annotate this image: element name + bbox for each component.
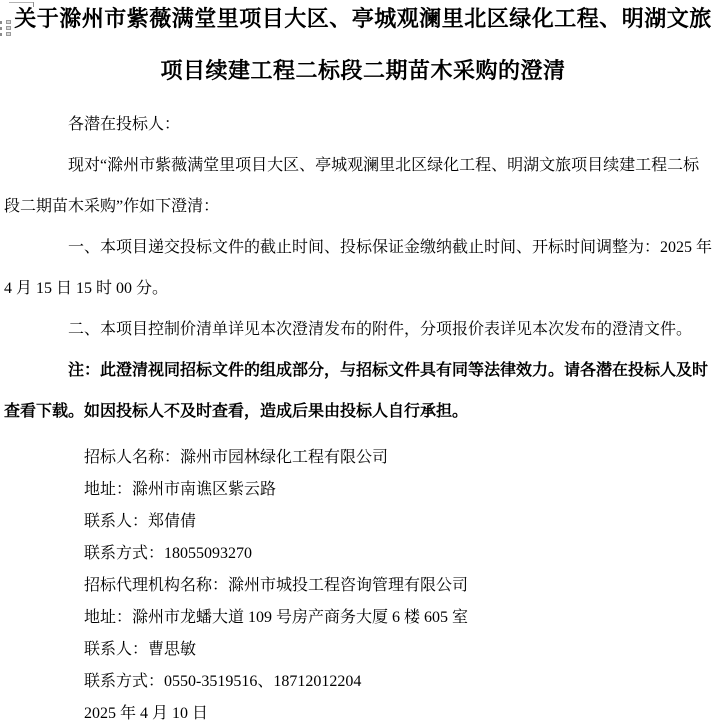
- document-title-line-2: 项目续建工程二标段二期苗木采购的澄清: [0, 45, 726, 97]
- document-page: 关于滁州市紫薇满堂里项目大区、亭城观澜里北区绿化工程、明湖文旅 项目续建工程二标…: [0, 0, 726, 723]
- document-title: 关于滁州市紫薇满堂里项目大区、亭城观澜里北区绿化工程、明湖文旅 项目续建工程二标…: [0, 0, 726, 97]
- tenderer-name-line: 招标人名称：滁州市园林绿化工程有限公司: [84, 442, 721, 474]
- tenderer-contact-phone-line: 联系方式：18055093270: [84, 538, 721, 570]
- agency-name-line: 招标代理机构名称：滁州市城投工程咨询管理有限公司: [84, 570, 721, 602]
- clause-1-line-1: 一、本项目递交投标文件的截止时间、投标保证金缴纳截止时间、开标时间调整为：202…: [4, 227, 721, 268]
- intro-line-2: 段二期苗木采购”作如下澄清：: [4, 186, 721, 227]
- tenderer-contact-person-line: 联系人：郑倩倩: [84, 506, 721, 538]
- agency-address-line: 地址：滁州市龙蟠大道 109 号房产商务大厦 6 楼 605 室: [84, 602, 721, 634]
- clause-1-line-2: 4 月 15 日 15 时 00 分。: [4, 268, 721, 309]
- note-line-1: 注：此澄清视同招标文件的组成部分，与招标文件具有同等法律效力。请各潜在投标人及时: [4, 350, 721, 391]
- document-title-line-1: 关于滁州市紫薇满堂里项目大区、亭城观澜里北区绿化工程、明湖文旅: [0, 0, 726, 45]
- tenderer-address-line: 地址：滁州市南谯区紫云路: [84, 474, 721, 506]
- clause-2-line: 二、本项目控制价清单详见本次澄清发布的附件，分项报价表详见本次发布的澄清文件。: [4, 309, 721, 350]
- document-date-line: 2025 年 4 月 10 日: [84, 698, 721, 723]
- intro-line-1: 现对“滁州市紫薇满堂里项目大区、亭城观澜里北区绿化工程、明湖文旅项目续建工程二标: [4, 145, 721, 186]
- agency-contact-person-line: 联系人：曹思敏: [84, 634, 721, 666]
- document-body: 各潜在投标人： 现对“滁州市紫薇满堂里项目大区、亭城观澜里北区绿化工程、明湖文旅…: [4, 104, 721, 432]
- contact-info-block: 招标人名称：滁州市园林绿化工程有限公司 地址：滁州市南谯区紫云路 联系人：郑倩倩…: [84, 442, 721, 723]
- agency-contact-phone-line: 联系方式：0550-3519516、18712012204: [84, 666, 721, 698]
- salutation-line: 各潜在投标人：: [4, 104, 721, 145]
- note-line-2: 查看下载。如因投标人不及时查看，造成后果由投标人自行承担。: [4, 391, 721, 432]
